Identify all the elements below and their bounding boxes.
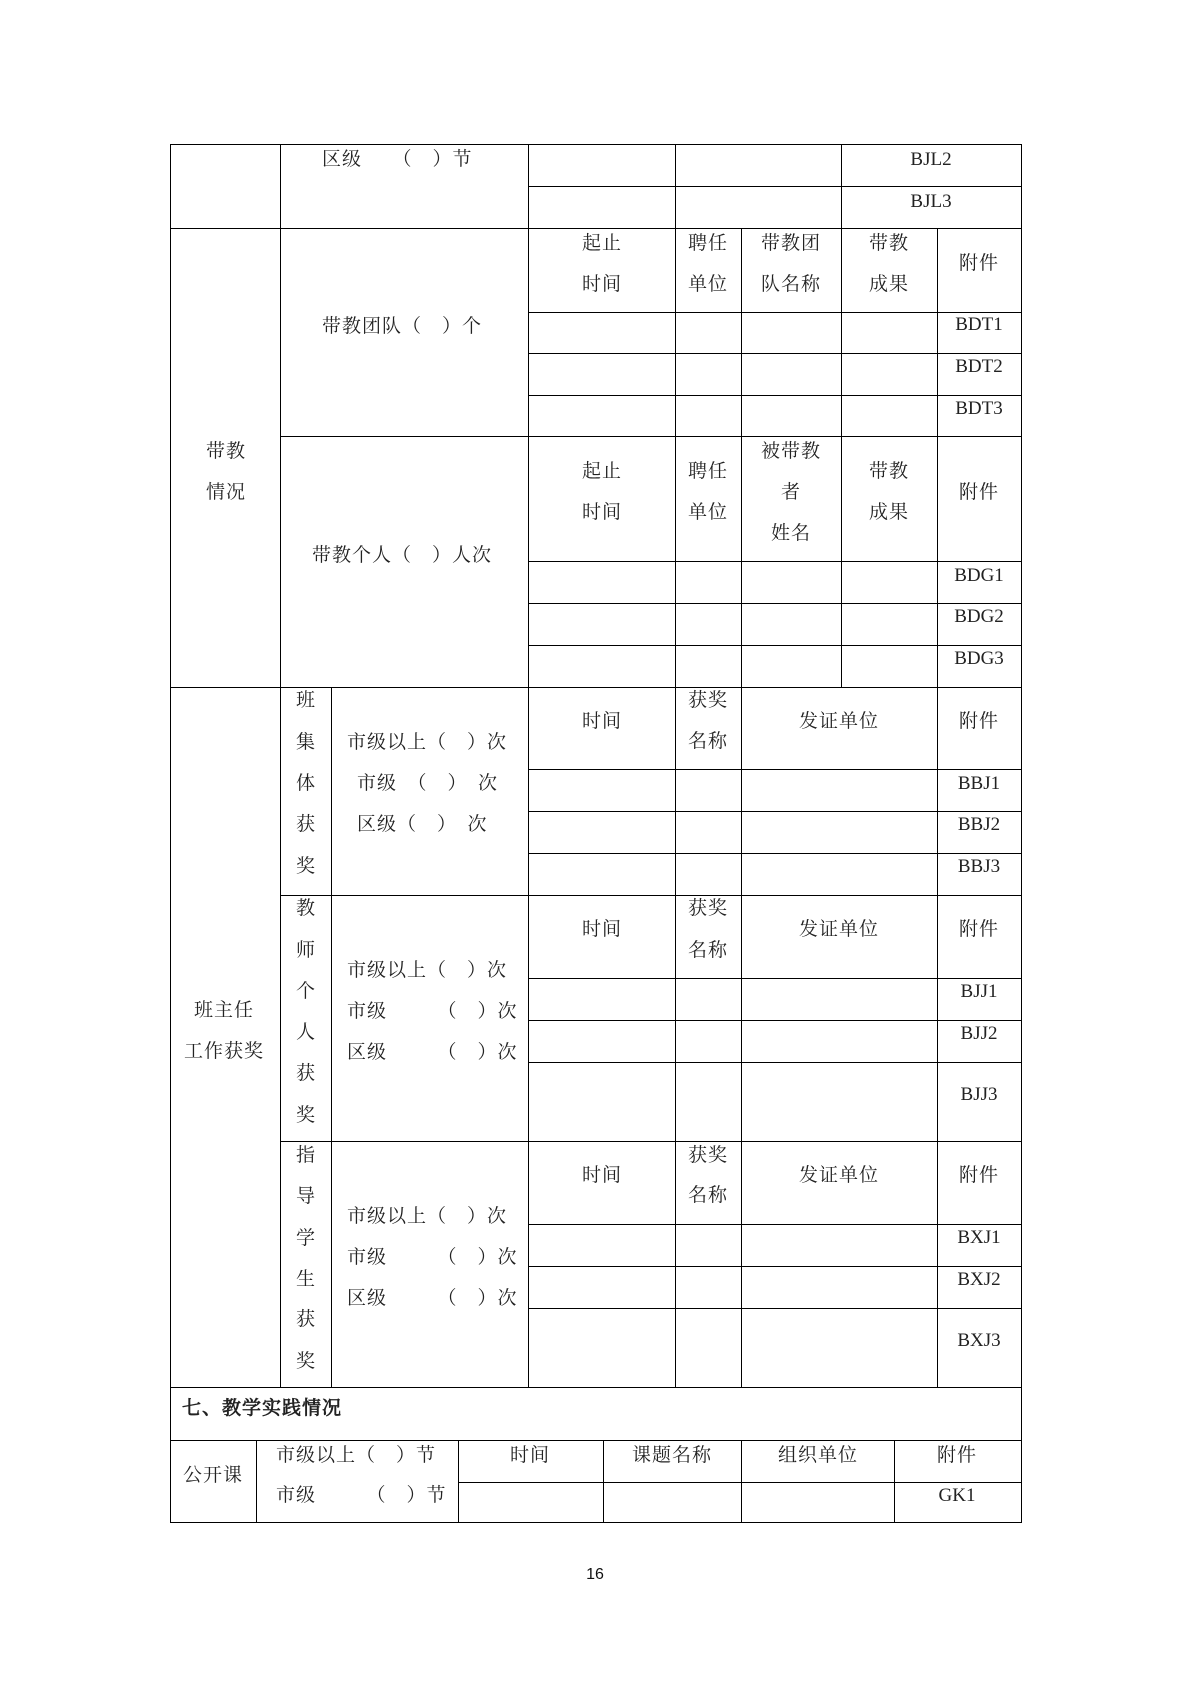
column-header-award-name: 名称 [688,730,728,752]
column-header-attachment: 附件 [959,710,999,732]
vertical-label-char: 班 [296,689,316,711]
attachment-code: BXJ1 [957,1227,1000,1249]
column-header-result: 带教 [869,460,909,482]
mentoring-label: 情况 [206,481,246,503]
vertical-label-char: 体 [296,772,316,794]
column-header-time: 时间 [582,1164,622,1186]
column-header-employer: 聘任 [688,232,728,254]
column-header-time: 时间 [510,1444,550,1466]
attachment-code: BBJ3 [958,856,1000,878]
input-cell[interactable] [530,146,673,184]
vertical-label-char: 获 [296,1062,316,1084]
award-count-label: 市级以上（ ）次 [347,731,507,753]
attachment-code: BJL3 [910,191,951,213]
award-count-label: 区级 （ ）次 [347,1041,518,1063]
award-count-label: 市级 （ ）次 [347,1246,518,1268]
column-header-issuer: 发证单位 [799,710,879,732]
attachment-code: BJJ2 [961,1023,998,1045]
class-teacher-awards-label: 班主任 [194,999,254,1021]
vertical-label-char: 奖 [296,1350,316,1372]
attachment-code: BDG1 [954,565,1004,587]
column-header-mentee-name: 被带教 [761,440,821,462]
input-cell[interactable] [677,146,839,184]
column-header-award-name: 获奖 [688,897,728,919]
award-count-label: 区级 （ ）次 [347,1287,518,1309]
award-count-label: 市级以上（ ）次 [347,959,507,981]
column-header-time: 时间 [582,710,622,732]
vertical-label-char: 学 [296,1227,316,1249]
input-cell[interactable] [677,188,839,226]
column-header-attachment: 附件 [959,481,999,503]
attachment-code: BDT1 [955,314,1003,336]
attachment-code: BXJ2 [957,1269,1000,1291]
attachment-code: BXJ3 [957,1330,1000,1352]
vertical-label-char: 获 [296,813,316,835]
column-header-award-name: 获奖 [688,689,728,711]
vertical-label-char: 奖 [296,855,316,877]
column-header-mentee-name: 姓名 [771,522,811,544]
vertical-label-char: 生 [296,1268,316,1290]
vertical-label-char: 奖 [296,1104,316,1126]
column-header-topic: 课题名称 [632,1444,712,1466]
attachment-code: BJJ3 [961,1084,998,1106]
column-header-attachment: 附件 [959,918,999,940]
column-header-period: 时间 [582,501,622,523]
attachment-code: BJL2 [910,149,951,171]
vertical-label-char: 个 [296,980,316,1002]
award-count-label: 市级 （ ）次 [347,1000,518,1022]
attachment-code: BDG3 [954,648,1004,670]
vertical-label-char: 指 [296,1144,316,1166]
column-header-team-name: 队名称 [761,273,821,295]
column-header-time: 时间 [582,918,622,940]
open-class-count-label: 市级以上（ ）节 [276,1444,436,1466]
mentoring-team-count-label: 带教团队（ ）个 [322,315,482,337]
vertical-label-char: 导 [296,1185,316,1207]
column-header-employer: 聘任 [688,460,728,482]
column-header-employer: 单位 [688,501,728,523]
class-teacher-awards-label: 工作获奖 [184,1040,264,1062]
award-count-label: 市级 （ ） 次 [357,772,498,794]
column-header-employer: 单位 [688,273,728,295]
column-header-award-name: 名称 [688,1184,728,1206]
attachment-code: GK1 [939,1485,976,1507]
column-header-organizer: 组织单位 [778,1444,858,1466]
vertical-label-char: 师 [296,939,316,961]
column-header-period: 时间 [582,273,622,295]
column-header-result: 带教 [869,232,909,254]
column-header-period: 起止 [582,460,622,482]
award-count-label: 区级（ ） 次 [357,813,488,835]
column-header-team-name: 带教团 [761,232,821,254]
column-header-attachment: 附件 [959,252,999,274]
section-title: 七、教学实践情况 [182,1397,342,1419]
attachment-code: BDT3 [955,398,1003,420]
column-header-award-name: 名称 [688,939,728,961]
mentoring-label: 带教 [206,440,246,462]
column-header-period: 起止 [582,232,622,254]
vertical-label-char: 人 [296,1021,316,1043]
column-header-attachment: 附件 [959,1164,999,1186]
column-header-issuer: 发证单位 [799,1164,879,1186]
attachment-code: BDG2 [954,606,1004,628]
column-header-result: 成果 [869,273,909,295]
column-header-issuer: 发证单位 [799,918,879,940]
attachment-code: BDT2 [955,356,1003,378]
award-count-label: 市级以上（ ）次 [347,1205,507,1227]
vertical-label-char: 获 [296,1308,316,1330]
input-cell[interactable] [530,188,673,226]
open-class-label: 公开课 [183,1464,243,1486]
column-header-attachment: 附件 [937,1444,977,1466]
page-number: 16 [586,1564,604,1586]
document-page: 区级 （ ）节 BJL2 BJL3 带教 情况 带教团队（ ）个 起止 时间 聘… [0,0,1190,1683]
vertical-label-char: 集 [296,731,316,753]
column-header-mentee-name: 者 [781,481,801,503]
district-level-count-label: 区级 （ ）节 [322,148,473,170]
column-header-award-name: 获奖 [688,1144,728,1166]
mentoring-individual-count-label: 带教个人（ ）人次 [312,544,492,566]
column-header-result: 成果 [869,501,909,523]
attachment-code: BBJ2 [958,814,1000,836]
attachment-code: BBJ1 [958,773,1000,795]
vertical-label-char: 教 [296,897,316,919]
attachment-code: BJJ1 [961,981,998,1003]
open-class-count-label: 市级 （ ）节 [276,1484,447,1506]
